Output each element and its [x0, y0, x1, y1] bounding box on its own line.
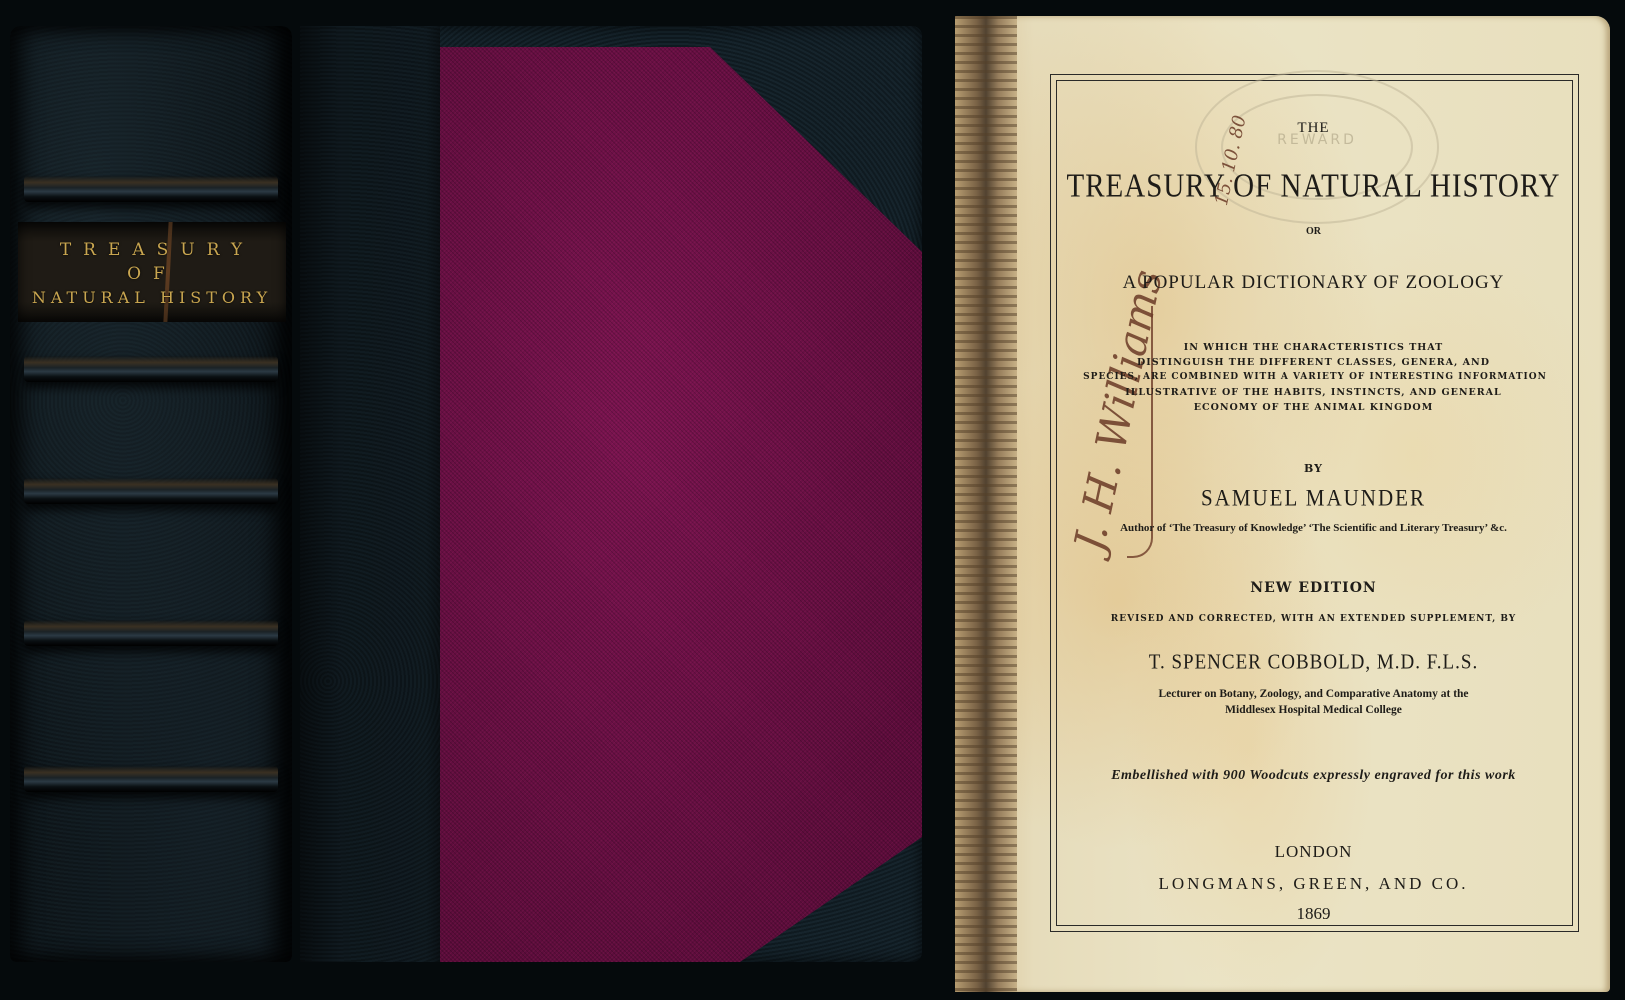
spine-raised-band — [24, 356, 278, 382]
title-the: THE — [1050, 120, 1577, 137]
edition-label: NEW EDITION — [1050, 580, 1577, 596]
spine-title-line-2: OF — [18, 264, 286, 284]
spine-title-line-3: NATURAL HISTORY — [12, 288, 292, 307]
purple-cloth-panel — [440, 47, 922, 962]
book-spine: TREASURY OF NATURAL HISTORY — [10, 26, 292, 962]
spine-raised-band — [24, 766, 278, 792]
page-gutter-binding — [955, 16, 1017, 992]
spine-raised-band — [24, 176, 278, 202]
description-line: DISTINGUISH THE DIFFERENT CLASSES, GENER… — [1050, 357, 1577, 368]
title-page: REWARD J. H. Williams 15. 10. 80 THE TRE… — [955, 16, 1610, 992]
publication-year: 1869 — [1050, 904, 1577, 924]
revision-note: REVISED AND CORRECTED, WITH AN EXTENDED … — [1050, 614, 1577, 624]
description-line: SPECIES, ARE COMBINED WITH A VARIETY OF … — [1045, 372, 1585, 382]
publisher-name: LONGMANS, GREEN, AND CO. — [1050, 874, 1577, 894]
leather-hinge — [300, 26, 440, 962]
description-line: ILLUSTRATIVE OF THE HABITS, INSTINCTS, A… — [1050, 387, 1577, 398]
spine-title-line-1: TREASURY — [18, 240, 286, 260]
woodcuts-note: Embellished with 900 Woodcuts expressly … — [1050, 768, 1577, 784]
description-line: IN WHICH THE CHARACTERISTICS THAT — [1050, 342, 1577, 353]
spine-raised-band — [24, 620, 278, 646]
by-label: BY — [1050, 462, 1577, 475]
main-title: TREASURY OF NATURAL HISTORY — [1050, 168, 1577, 206]
description-line: ECONOMY OF THE ANIMAL KINGDOM — [1050, 402, 1577, 413]
spine-title-label: TREASURY OF NATURAL HISTORY — [18, 222, 286, 322]
editor-role-line: Lecturer on Botany, Zoology, and Compara… — [1050, 688, 1577, 700]
publisher-city: LONDON — [1050, 842, 1577, 862]
spine-raised-band — [24, 478, 278, 504]
author-credits: Author of ‘The Treasury of Knowledge’ ‘T… — [1050, 522, 1577, 534]
author-name: SAMUEL MAUNDER — [1050, 485, 1577, 513]
editor-role-line: Middlesex Hospital Medical College — [1050, 704, 1577, 716]
title-or: OR — [1050, 226, 1577, 237]
subtitle: A POPULAR DICTIONARY OF ZOOLOGY — [1050, 272, 1577, 294]
editor-name: T. SPENCER COBBOLD, M.D. F.L.S. — [1050, 651, 1577, 676]
